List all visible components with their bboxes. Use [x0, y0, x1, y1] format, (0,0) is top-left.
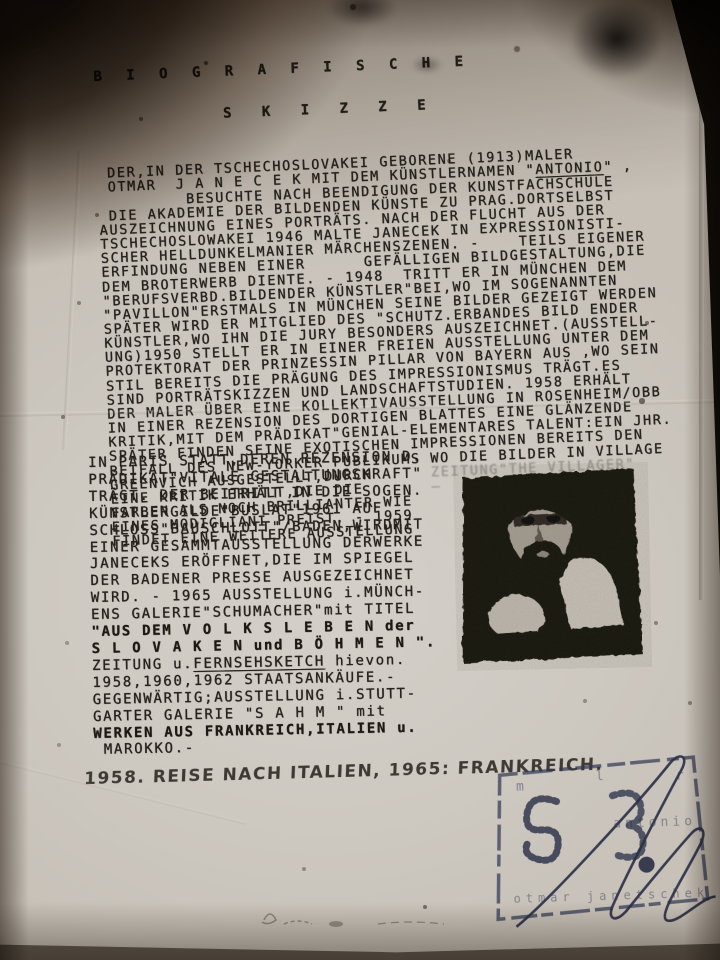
right-edge-fold — [699, 0, 704, 600]
wrapped-text-column: IN PARIS STATT,DEREN REZENSION D.PRÄDIKA… — [88, 448, 438, 759]
portrait-photo-print — [453, 462, 652, 671]
paper-sheet: B I O G R A F I S C H E S K I Z Z E DER,… — [0, 0, 720, 960]
artist-stamp-and-signature: m l r antonio otmar janetschek — [483, 744, 720, 949]
stamp-letter-m: m — [516, 779, 527, 794]
stamp-graphic: m l r antonio otmar janetschek — [483, 744, 720, 949]
dirt-specks — [0, 0, 2, 2]
portrait-photo — [453, 462, 652, 671]
document-title-line2: S K I Z Z E — [223, 89, 659, 121]
left-fold-crease — [62, 150, 82, 450]
stamp-letter-l: l — [596, 769, 607, 784]
faint-pencil-smudge — [258, 898, 458, 942]
document-title-line1: B I O G R A F I S C H E — [93, 47, 657, 84]
photograph-of-document: B I O G R A F I S C H E S K I Z Z E DER,… — [0, 0, 720, 960]
